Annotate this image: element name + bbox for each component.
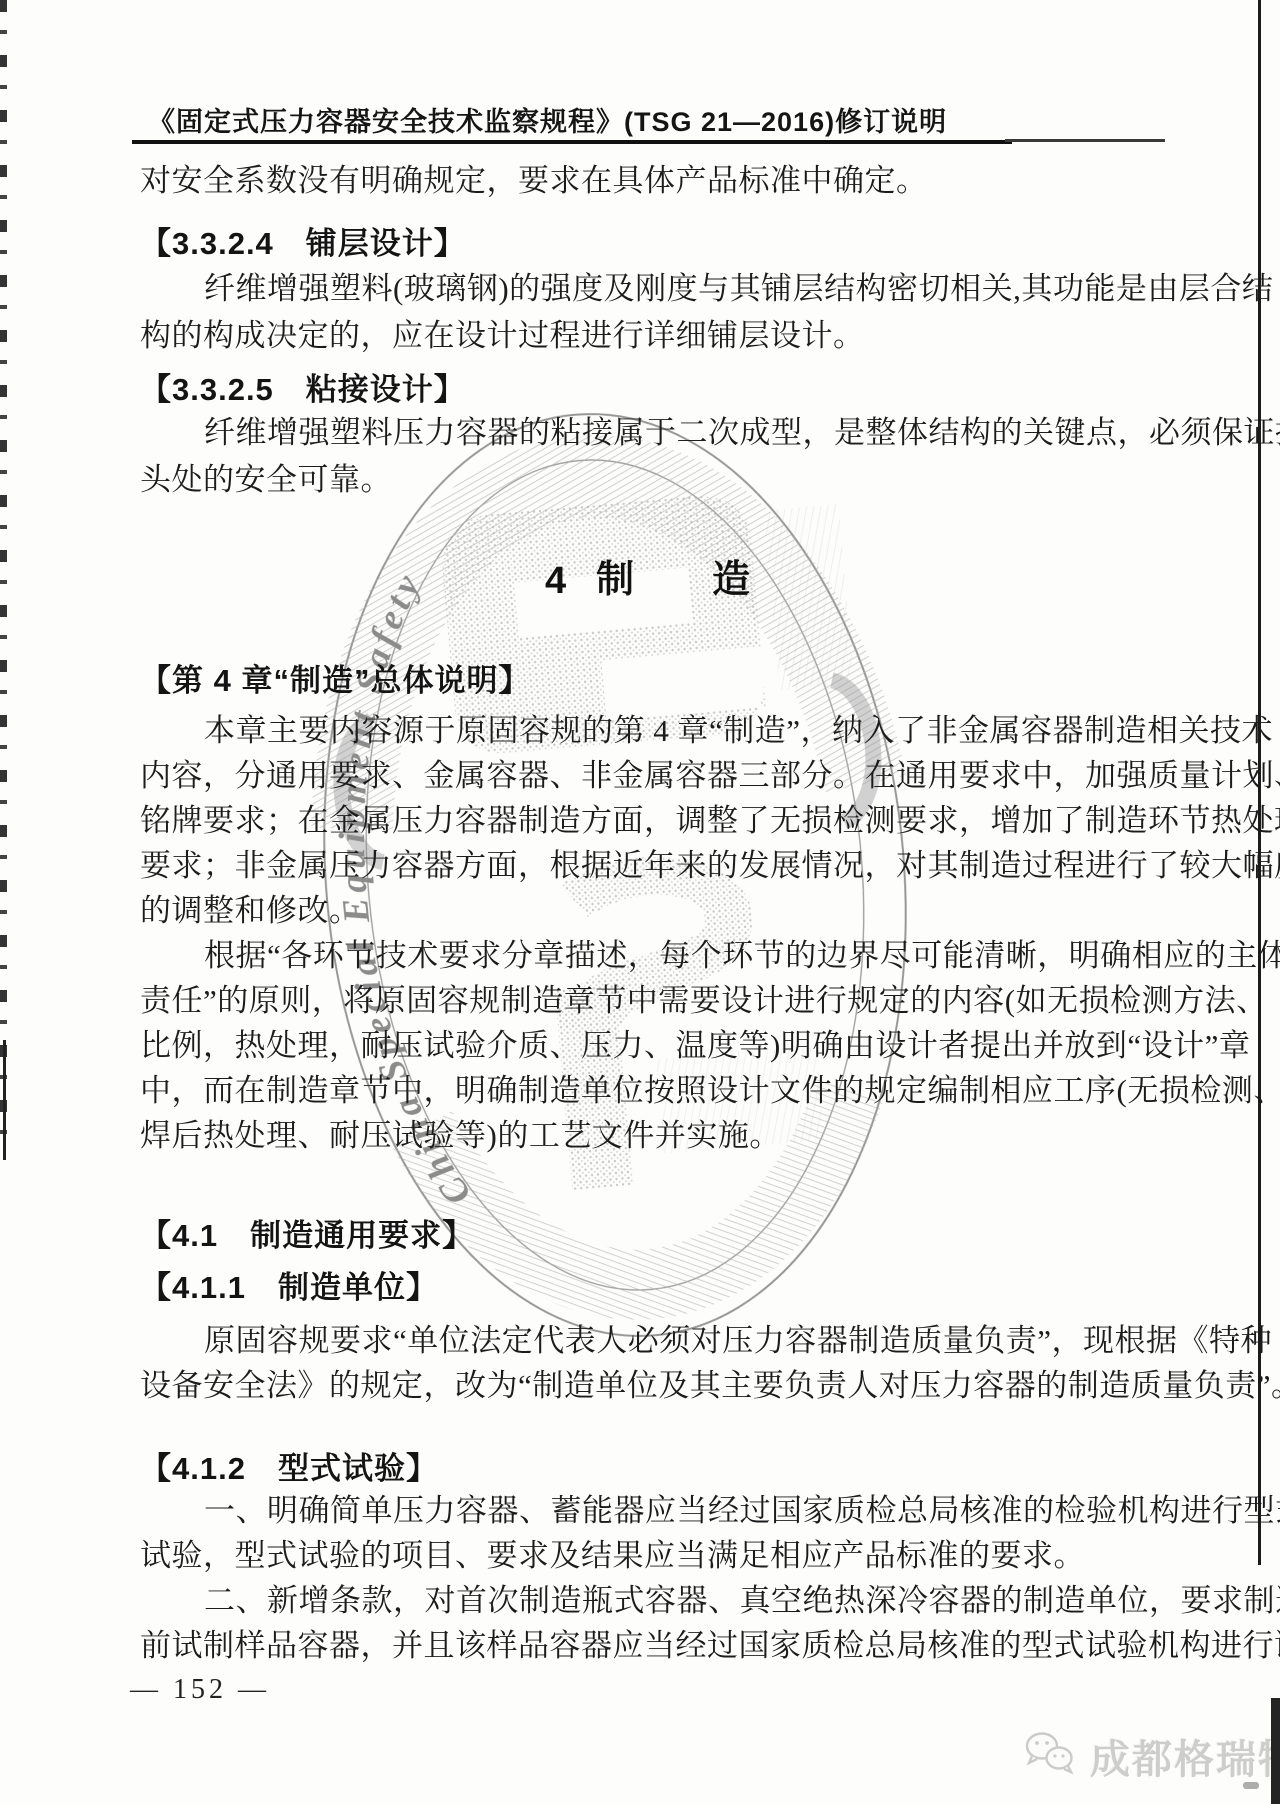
body-line: 比例，热处理，耐压试验介质、压力、温度等)明确由设计者提出并放到“设计”章 (140, 1023, 1150, 1068)
section-heading-4-1-1: 【4.1.1 制造单位】 (140, 1262, 1150, 1307)
brand-watermark: 成都格瑞特 (1022, 1728, 1280, 1785)
header-rule (132, 140, 1012, 144)
body-line: 二、新增条款，对首次制造瓶式容器、真空绝热深冷容器的制造单位，要求制造 (140, 1578, 1150, 1623)
body-line: 对安全系数没有明确规定，要求在具体产品标准中确定。 (140, 158, 1150, 203)
header-rule-extension (1005, 139, 1165, 142)
paragraph-chapter4-overview-1: 本章主要内容源于原固容规的第 4 章“制造”，纳入了非金属容器制造相关技术 内容… (140, 708, 1150, 933)
body-line: 本章主要内容源于原固容规的第 4 章“制造”，纳入了非金属容器制造相关技术 (140, 708, 1150, 753)
body-line: 的调整和修改。 (140, 888, 1150, 933)
chapter-4-heading: 4 制 造 (545, 548, 750, 603)
paragraph-4-1-2-item1: 一、明确简单压力容器、蓄能器应当经过国家质检总局核准的检验机构进行型式 试验，型… (140, 1488, 1150, 1578)
body-line: 头处的安全可靠。 (140, 457, 1150, 502)
section-heading-3-3-2-5: 【3.3.2.5 粘接设计】 (140, 364, 1150, 409)
body-line: 铭牌要求；在金属压力容器制造方面，调整了无损检测要求，增加了制造环节热处理 (140, 798, 1150, 843)
paragraph-3-3-2-5: 纤维增强塑料压力容器的粘接属于二次成型，是整体结构的关键点，必须保证接 头处的安… (140, 410, 1150, 502)
brand-name: 成都格瑞特 (1090, 1728, 1280, 1785)
body-line: 设备安全法》的规定，改为“制造单位及其主要负责人对压力容器的制造质量负责”。 (140, 1363, 1150, 1408)
section-heading-3-3-2-4: 【3.3.2.4 铺层设计】 (140, 218, 1150, 263)
body-line: 中，而在制造章节中，明确制造单位按照设计文件的规定编制相应工序(无损检测、 (140, 1068, 1150, 1113)
body-line: 构的构成决定的，应在设计过程进行详细铺层设计。 (140, 313, 1150, 358)
paragraph-chapter4-overview-2: 根据“各环节技术要求分章描述，每个环节的边界尽可能清晰，明确相应的主体 责任”的… (140, 933, 1150, 1158)
chapter-char: 制 (596, 548, 634, 603)
body-line: 要求；非金属压力容器方面，根据近年来的发展情况，对其制造过程进行了较大幅度 (140, 843, 1150, 888)
wechat-icon (1022, 1730, 1080, 1783)
chapter-number: 4 (545, 560, 566, 603)
paragraph-4-1-1: 原固容规要求“单位法定代表人必须对压力容器制造质量负责”，现根据《特种 设备安全… (140, 1318, 1150, 1408)
body-line: 责任”的原则，将原固容规制造章节中需要设计进行规定的内容(如无损检测方法、 (140, 978, 1150, 1023)
body-line: 一、明确简单压力容器、蓄能器应当经过国家质检总局核准的检验机构进行型式 (140, 1488, 1150, 1533)
body-line: 试验，型式试验的项目、要求及结果应当满足相应产品标准的要求。 (140, 1533, 1150, 1578)
body-line: 纤维增强塑料(玻璃钢)的强度及刚度与其铺层结构密切相关,其功能是由层合结 (140, 266, 1150, 311)
paragraph-carryover: 对安全系数没有明确规定，要求在具体产品标准中确定。 (140, 158, 1150, 203)
paragraph-4-1-2-item2: 二、新增条款，对首次制造瓶式容器、真空绝热深冷容器的制造单位，要求制造 前试制样… (140, 1578, 1150, 1668)
body-line: 纤维增强塑料压力容器的粘接属于二次成型，是整体结构的关键点，必须保证接 (140, 410, 1150, 455)
body-line: 原固容规要求“单位法定代表人必须对压力容器制造质量负责”，现根据《特种 (140, 1318, 1150, 1363)
section-heading-chapter4-overview: 【第 4 章“制造”总体说明】 (140, 655, 1150, 700)
body-line: 焊后热处理、耐压试验等)的工艺文件并实施。 (140, 1113, 1150, 1158)
paragraph-3-3-2-4: 纤维增强塑料(玻璃钢)的强度及刚度与其铺层结构密切相关,其功能是由层合结 构的构… (140, 266, 1150, 358)
page-number: — 152 — (130, 1674, 270, 1706)
body-line: 根据“各环节技术要求分章描述，每个环节的边界尽可能清晰，明确相应的主体 (140, 933, 1150, 978)
chapter-char: 造 (712, 548, 750, 603)
section-heading-4-1: 【4.1 制造通用要求】 (140, 1210, 1150, 1255)
body-line: 前试制样品容器，并且该样品容器应当经过国家质检总局核准的型式试验机构进行试 (140, 1623, 1150, 1668)
section-heading-4-1-2: 【4.1.2 型式试验】 (140, 1443, 1150, 1488)
scanned-document-page: China Special Equipment Safety 《固定式压力容器安… (0, 0, 1280, 1804)
running-header-title: 《固定式压力容器安全技术监察规程》(TSG 21—2016)修订说明 (148, 100, 947, 139)
body-line: 内容，分通用要求、金属容器、非金属容器三部分。在通用要求中，加强质量计划、 (140, 753, 1150, 798)
